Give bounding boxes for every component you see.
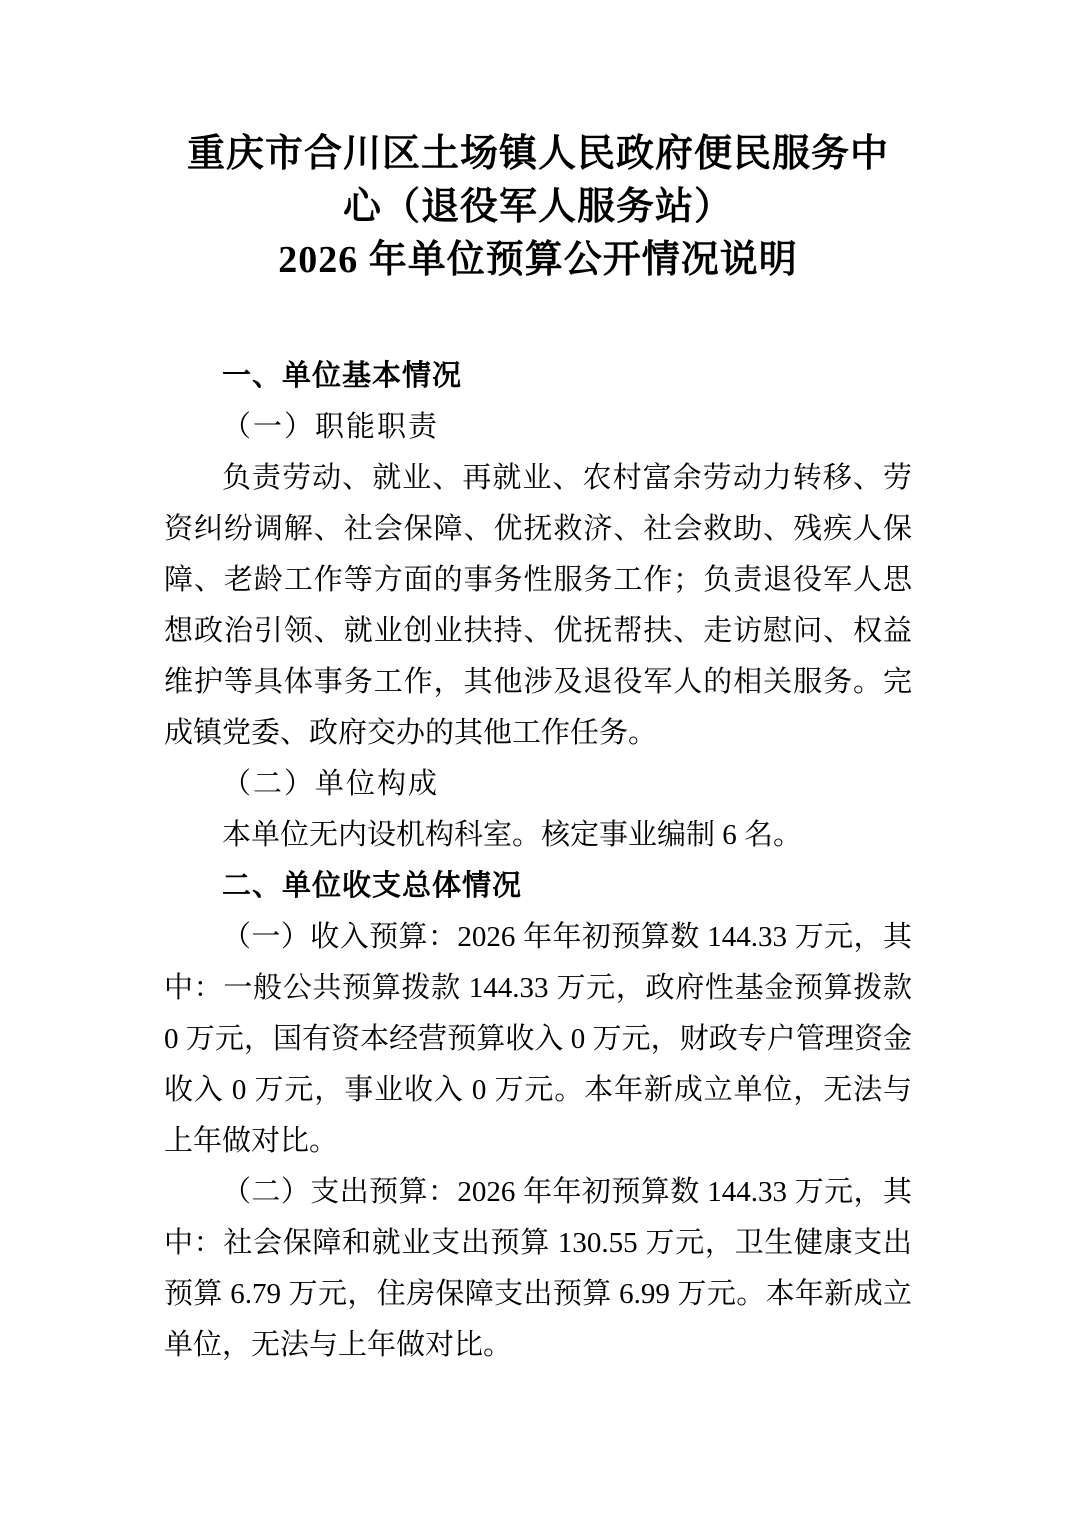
paragraph-unit-composition: 本单位无内设机构科室。核定事业编制 6 名。: [164, 810, 912, 861]
document-body: 一、单位基本情况 （一）职能职责 负责劳动、就业、再就业、农村富余劳动力转移、劳…: [164, 351, 912, 1371]
title-line-1: 重庆市合川区土场镇人民政府便民服务中: [164, 128, 912, 181]
section-heading-revenue-expenditure: 二、单位收支总体情况: [164, 861, 912, 912]
sub-heading-unit-composition: （二）单位构成: [164, 759, 912, 810]
title-line-2: 心（退役军人服务站）: [164, 181, 912, 234]
title-line-subtitle: 2026 年单位预算公开情况说明: [164, 234, 912, 287]
paragraph-duties-description: 负责劳动、就业、再就业、农村富余劳动力转移、劳资纠纷调解、社会保障、优抚救济、社…: [164, 453, 912, 759]
document-page: 重庆市合川区土场镇人民政府便民服务中 心（退役军人服务站） 2026 年单位预算…: [0, 0, 1074, 1520]
section-heading-basic-info: 一、单位基本情况: [164, 351, 912, 402]
paragraph-income-budget: （一）收入预算：2026 年年初预算数 144.33 万元，其中：一般公共预算拨…: [164, 912, 912, 1167]
sub-heading-duties: （一）职能职责: [164, 402, 912, 453]
document-title: 重庆市合川区土场镇人民政府便民服务中 心（退役军人服务站） 2026 年单位预算…: [164, 128, 912, 287]
paragraph-expenditure-budget: （二）支出预算：2026 年年初预算数 144.33 万元，其中：社会保障和就业…: [164, 1167, 912, 1371]
